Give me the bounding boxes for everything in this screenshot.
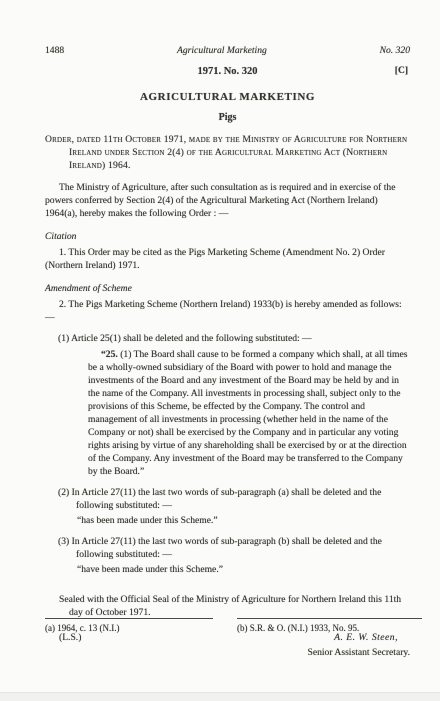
substituted-article-25: “25. (1) The Board shall cause to be for…: [88, 348, 410, 478]
order-caption: Order, dated 11th October 1971, made by …: [45, 133, 410, 172]
signatory-title: Senior Assistant Secretary.: [308, 646, 411, 659]
running-order-number: No. 320: [380, 44, 410, 57]
item-3-text: In Article 27(11) the last two words of …: [72, 536, 382, 560]
preamble-paragraph: The Ministry of Agriculture, after such …: [45, 181, 410, 220]
footnotes: (a) 1964, c. 13 (N.I.) (b) S.R. & O. (N.…: [45, 618, 422, 633]
amendment-heading: Amendment of Scheme: [45, 282, 410, 295]
item-1-label: (1): [58, 333, 69, 344]
article-25-body: (1) The Board shall cause to be formed a…: [88, 349, 408, 477]
item-2-text: In Article 27(11) the last two words of …: [72, 487, 382, 511]
signature-block: A. E. W. Steen, Senior Assistant Secreta…: [308, 631, 411, 659]
footnote-a: (a) 1964, c. 13 (N.I.): [45, 618, 213, 633]
article-25-lead: “25.: [101, 349, 118, 360]
page-number: 1488: [45, 44, 64, 57]
document-title: AGRICULTURAL MARKETING: [45, 91, 410, 103]
issue-line: 1971. No. 320: [197, 66, 257, 77]
citation-heading: Citation: [45, 230, 410, 243]
citation-paragraph: 1. This Order may be cited as the Pigs M…: [45, 246, 410, 272]
issue-line-row: 1971. No. 320 [C]: [45, 66, 410, 77]
item-2-quote: “has been made under this Scheme.”: [77, 514, 410, 527]
amendment-item-2: (2) In Article 27(11) the last two words…: [58, 486, 410, 512]
item-2-label: (2): [58, 487, 69, 498]
running-header: 1488 Agricultural Marketing No. 320: [45, 44, 410, 57]
amendment-item-1: (1) Article 25(1) shall be deleted and t…: [58, 332, 410, 345]
scan-bottom-edge: [0, 692, 440, 701]
document-subtitle: Pigs: [45, 112, 410, 123]
amendment-item-3: (3) In Article 27(11) the last two words…: [58, 535, 410, 561]
sealing-paragraph: Sealed with the Official Seal of the Min…: [45, 593, 410, 619]
item-3-quote: “have been made under this Scheme.”: [77, 563, 410, 576]
classification-mark: [C]: [395, 66, 408, 76]
running-title: Agricultural Marketing: [177, 44, 267, 57]
seal-abbreviation: (L.S.): [45, 631, 81, 659]
amendment-intro: 2. The Pigs Marketing Scheme (Northern I…: [45, 298, 410, 324]
item-3-label: (3): [58, 536, 69, 547]
item-1-text: Article 25(1) shall be deleted and the f…: [71, 333, 312, 344]
footnote-b: (b) S.R. & O. (N.I.) 1933, No. 95.: [237, 618, 422, 633]
signature-row: (L.S.) A. E. W. Steen, Senior Assistant …: [45, 631, 410, 659]
document-page: 1488 Agricultural Marketing No. 320 1971…: [0, 0, 440, 701]
